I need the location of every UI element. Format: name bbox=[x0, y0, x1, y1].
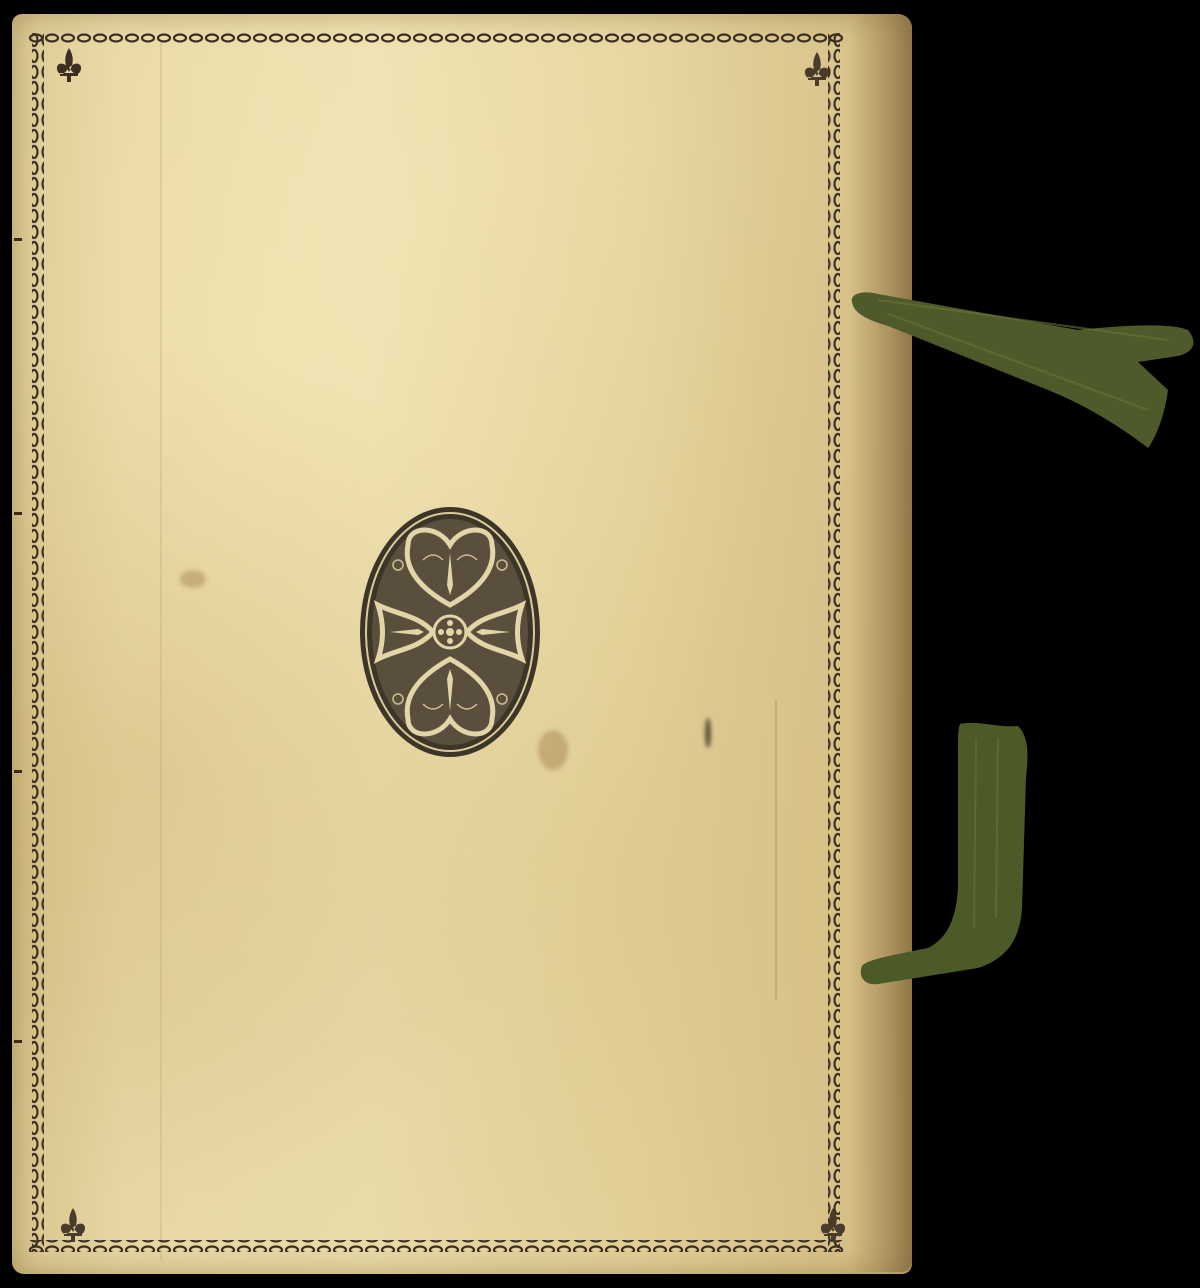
sewing-thread bbox=[14, 770, 22, 773]
lower-ribbon-tie bbox=[858, 718, 1030, 1003]
upper-ribbon-tie bbox=[848, 290, 1200, 460]
sewing-thread bbox=[14, 1040, 22, 1043]
oval-centerpiece bbox=[358, 505, 542, 759]
fleur-de-lis-icon bbox=[816, 1206, 850, 1244]
fleur-de-lis-icon bbox=[56, 1206, 90, 1244]
fleur-de-lis-icon bbox=[52, 46, 86, 84]
sewing-thread bbox=[14, 512, 22, 515]
sewing-thread bbox=[14, 238, 22, 241]
fleur-de-lis-icon bbox=[800, 50, 834, 88]
fore-edge bbox=[850, 14, 912, 1272]
